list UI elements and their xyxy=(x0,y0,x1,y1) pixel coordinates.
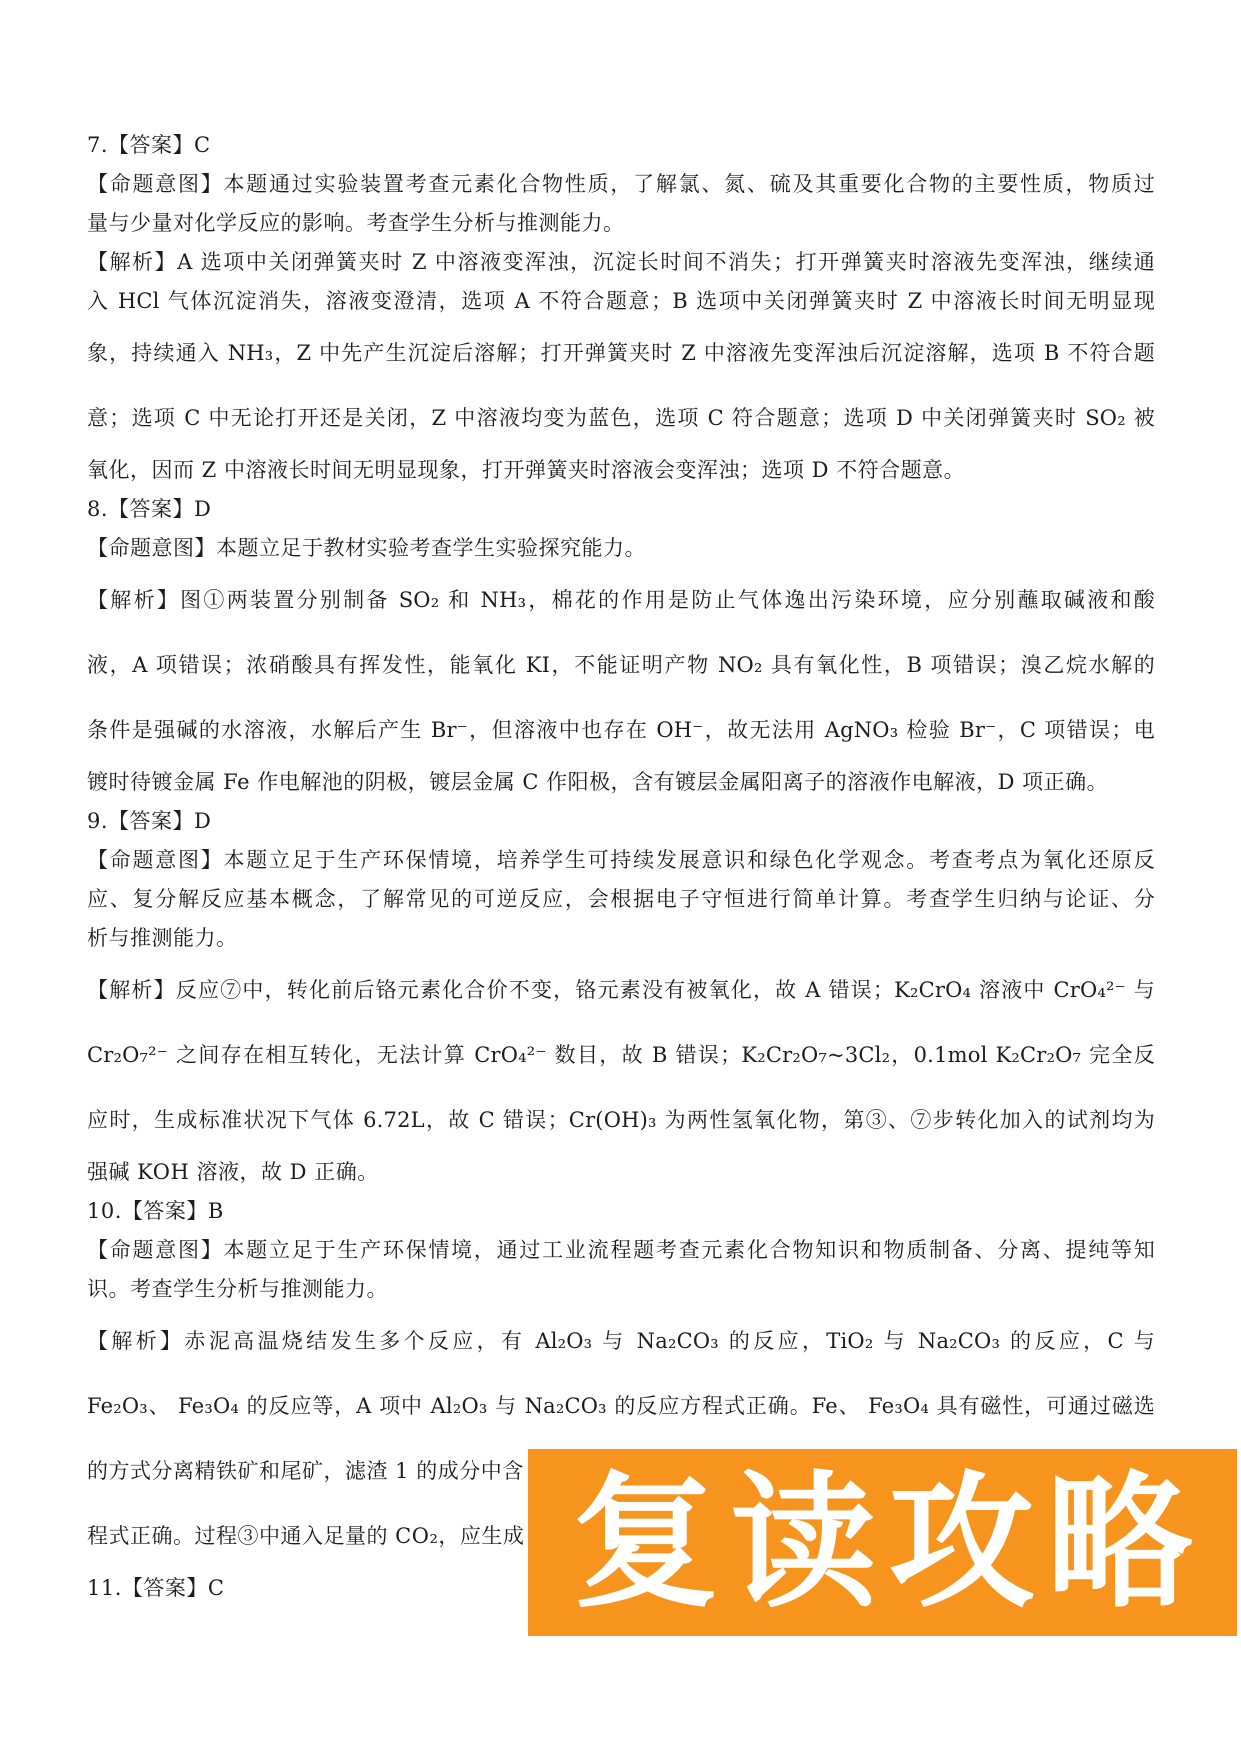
document-text-line: 氧化，因而 Z 中溶液长时间无明显现象，打开弹簧夹时溶液会变浑浊；选项 D 不符… xyxy=(87,455,1155,485)
document-text-line: 强碱 KOH 溶液，故 D 正确。 xyxy=(87,1157,1155,1187)
document-text-line: 【命题意图】本题立足于教材实验考查学生实验探究能力。 xyxy=(87,533,1155,563)
document-text-line: Fe₂O₃、 Fe₃O₄ 的反应等，A 项中 Al₂O₃ 与 Na₂CO₃ 的反… xyxy=(87,1391,1155,1421)
document-text-line: 镀时待镀金属 Fe 作电解池的阴极，镀层金属 C 作阳极，含有镀层金属阳离子的溶… xyxy=(87,767,1155,797)
document-text-line: 【命题意图】本题立足于生产环保情境，通过工业流程题考查元素化合物知识和物质制备、… xyxy=(87,1235,1155,1265)
document-text-line: 意；选项 C 中无论打开还是关闭，Z 中溶液均变为蓝色，选项 C 符合题意；选项… xyxy=(87,403,1155,433)
document-text-line: 析与推测能力。 xyxy=(87,923,1155,953)
document-text-line: 7.【答案】C xyxy=(87,130,1155,160)
document-text-line: 【解析】反应⑦中，转化前后铬元素化合价不变，铬元素没有被氧化，故 A 错误；K₂… xyxy=(87,975,1155,1005)
document-text-line: Cr₂O₇²⁻ 之间存在相互转化，无法计算 CrO₄²⁻ 数目，故 B 错误；K… xyxy=(87,1040,1155,1070)
answer-key-document: 7.【答案】C【命题意图】本题通过实验装置考查元素化合物性质，了解氯、氮、硫及其… xyxy=(87,130,1155,1603)
document-text-line: 【命题意图】本题立足于生产环保情境，培养学生可持续发展意识和绿色化学观念。考查考… xyxy=(87,845,1155,875)
document-text-line: 【解析】图①两装置分别制备 SO₂ 和 NH₃，棉花的作用是防止气体逸出污染环境… xyxy=(87,585,1155,615)
document-text-line: 液，A 项错误；浓硝酸具有挥发性，能氧化 KI，不能证明产物 NO₂ 具有氧化性… xyxy=(87,650,1155,680)
document-text-line: 【解析】赤泥高温烧结发生多个反应，有 Al₂O₃ 与 Na₂CO₃ 的反应，Ti… xyxy=(87,1326,1155,1356)
document-text-line: 8.【答案】D xyxy=(87,494,1155,524)
document-text-line: 条件是强碱的水溶液，水解后产生 Br⁻，但溶液中也存在 OH⁻，故无法用 AgN… xyxy=(87,715,1155,745)
document-text-line: 【解析】A 选项中关闭弹簧夹时 Z 中溶液变浑浊，沉淀长时间不消失；打开弹簧夹时… xyxy=(87,247,1155,277)
document-text-line: 10.【答案】B xyxy=(87,1196,1155,1226)
promo-banner: 复读攻略 xyxy=(528,1449,1237,1636)
document-text-line: 应、复分解反应基本概念，了解常见的可逆反应，会根据电子守恒进行简单计算。考查学生… xyxy=(87,884,1155,914)
document-text-line: 识。考查学生分析与推测能力。 xyxy=(87,1274,1155,1304)
document-text-line: 【命题意图】本题通过实验装置考查元素化合物性质，了解氯、氮、硫及其重要化合物的主… xyxy=(87,169,1155,199)
document-text-line: 入 HCl 气体沉淀消失，溶液变澄清，选项 A 不符合题意；B 选项中关闭弹簧夹… xyxy=(87,286,1155,316)
document-text-line: 量与少量对化学反应的影响。考查学生分析与推测能力。 xyxy=(87,208,1155,238)
document-text-line: 应时，生成标准状况下气体 6.72L，故 C 错误；Cr(OH)₃ 为两性氢氧化… xyxy=(87,1105,1155,1135)
promo-banner-text: 复读攻略 xyxy=(561,1470,1205,1616)
document-text-line: 象，持续通入 NH₃，Z 中先产生沉淀后溶解；打开弹簧夹时 Z 中溶液先变浑浊后… xyxy=(87,338,1155,368)
document-text-line: 9.【答案】D xyxy=(87,806,1155,836)
